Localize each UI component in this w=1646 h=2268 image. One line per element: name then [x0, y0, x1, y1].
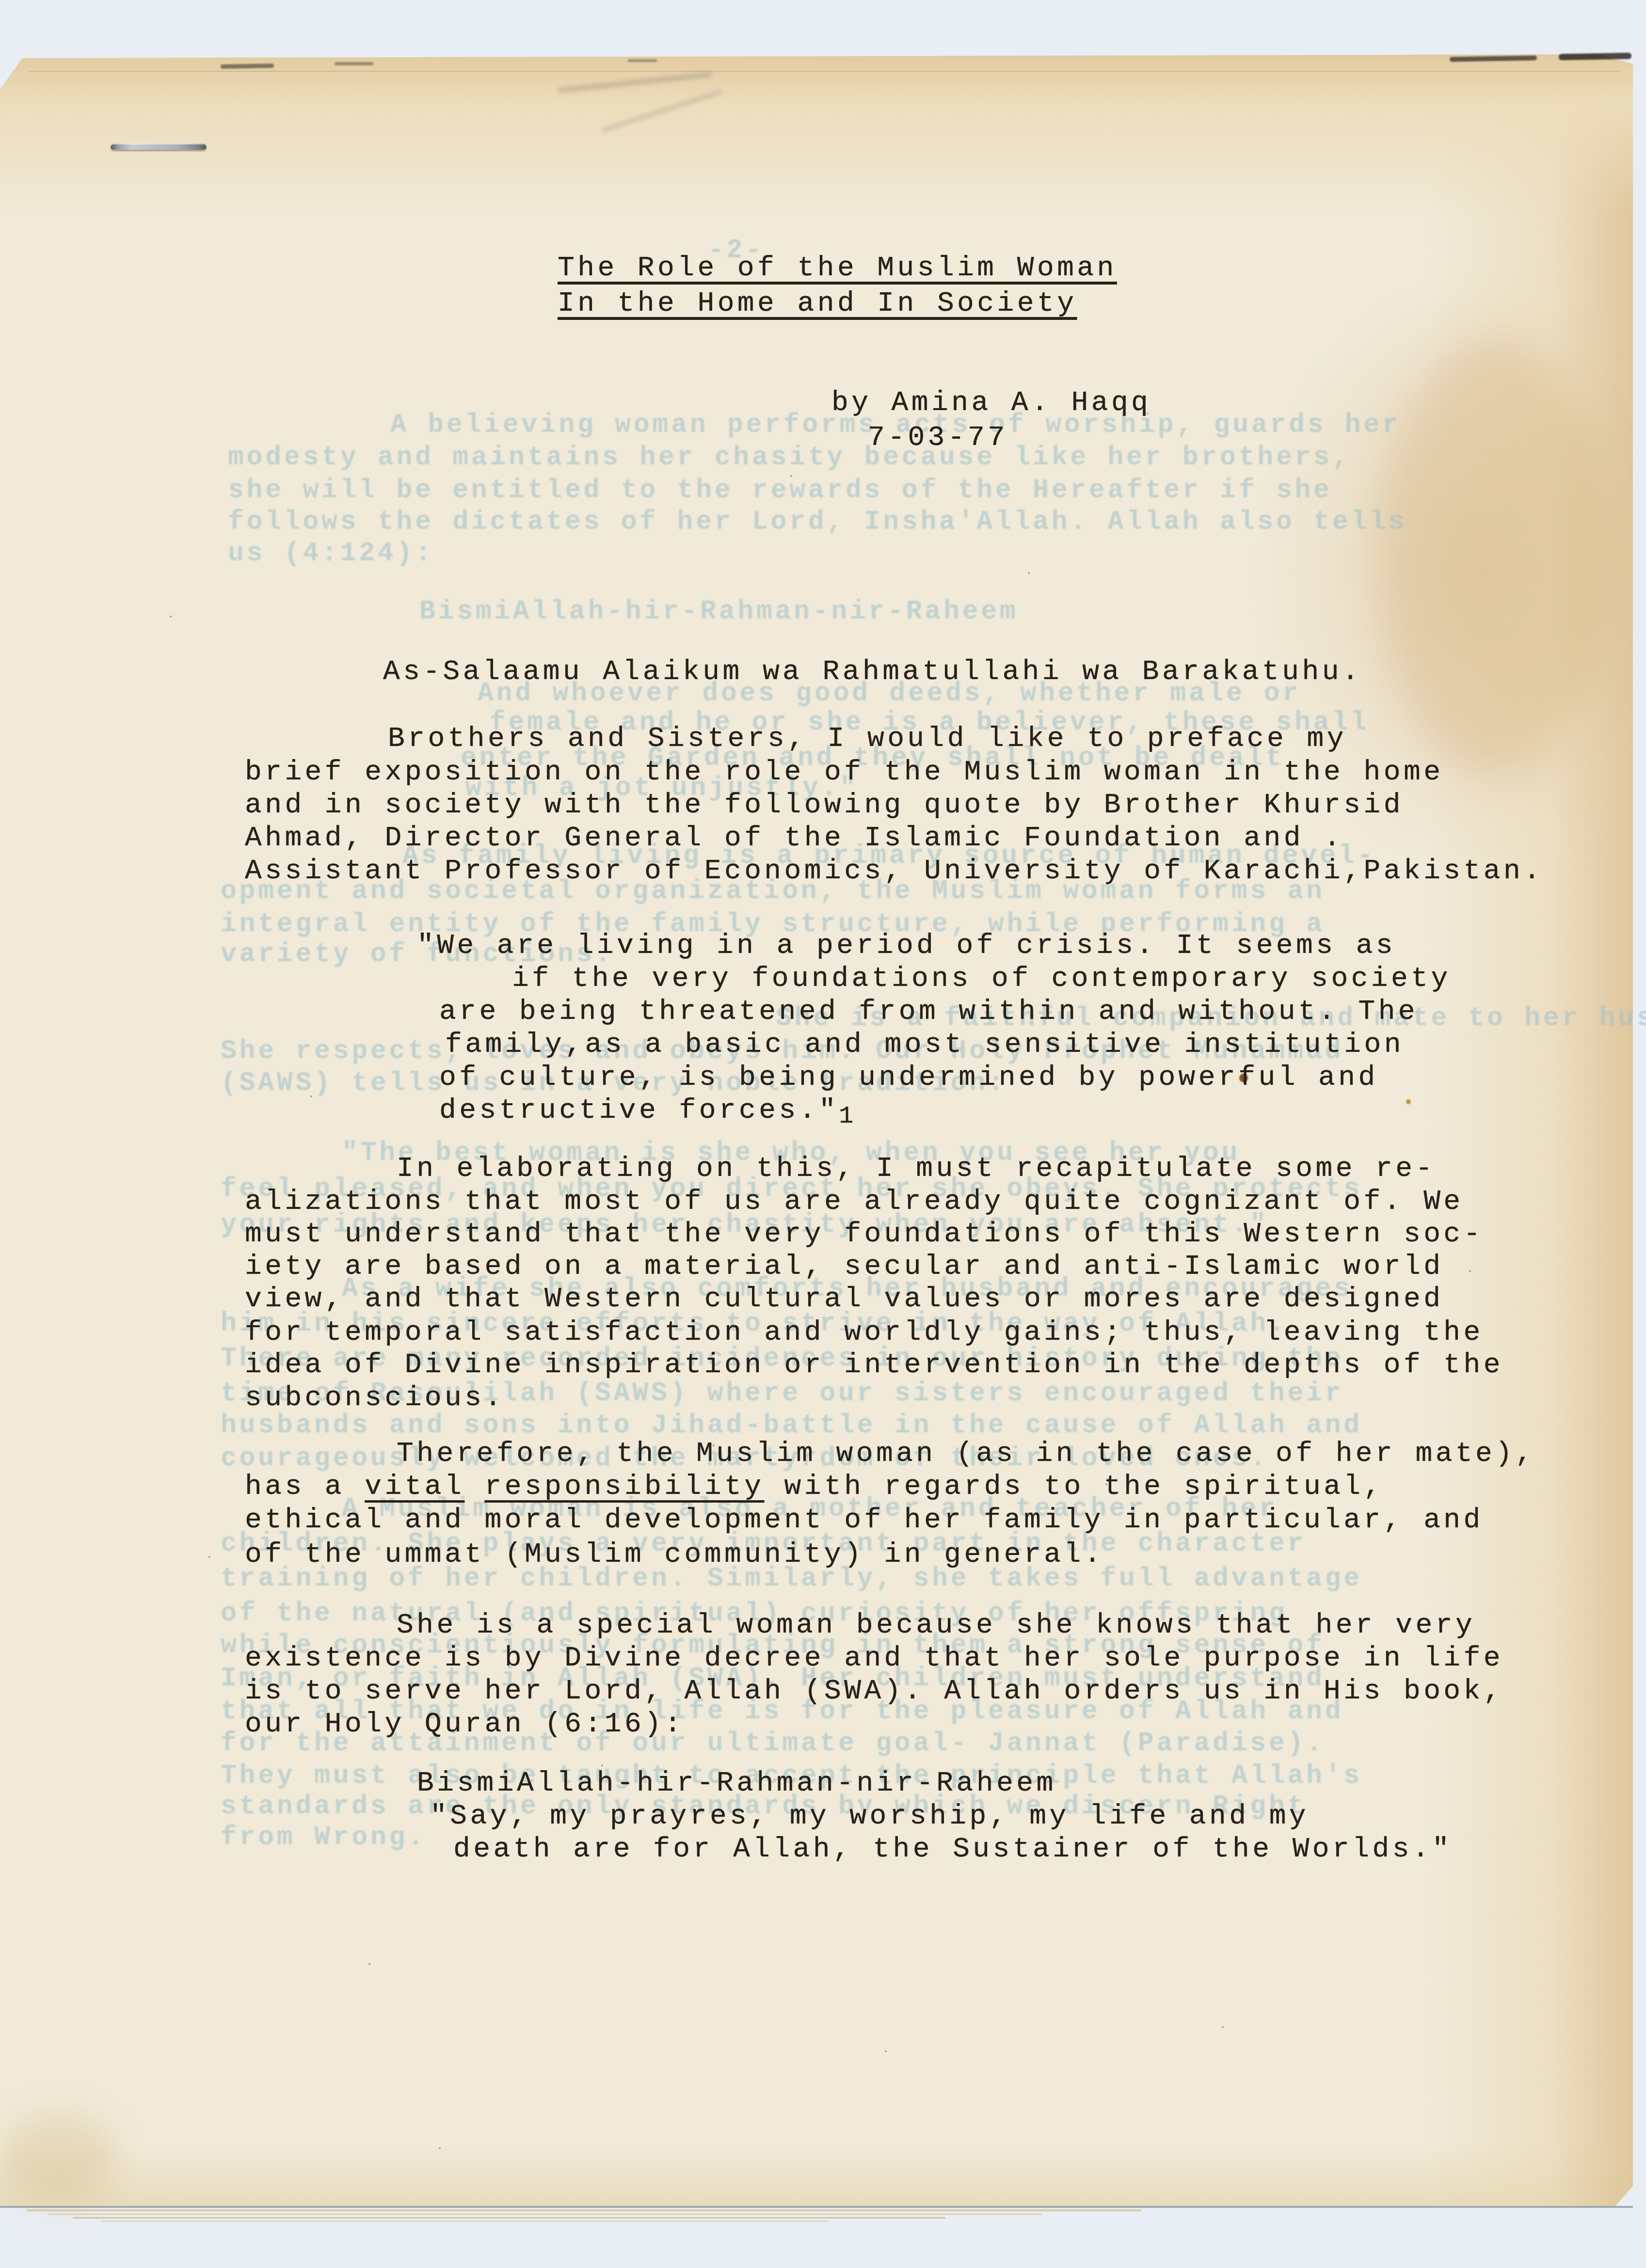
text-run: family,as a basic and most sensitive ins…	[445, 1029, 1404, 1061]
paper-stain	[1377, 339, 1610, 776]
text-run: view, and that Western cultural values o…	[245, 1284, 1443, 1315]
text-run: "We are living in a period of crisis. It…	[417, 930, 1396, 962]
smudge-mark	[335, 62, 373, 65]
paper-speck	[368, 1963, 370, 1965]
text-run: has a	[245, 1471, 365, 1503]
text-run	[464, 1471, 484, 1503]
typed-line: has a vital responsibility with regards …	[245, 1473, 1384, 1501]
text-run: Brothers and Sisters, I would like to pr…	[388, 723, 1347, 755]
date-line: 7-03-77	[868, 424, 1007, 452]
typed-line: if the very foundations of contemporary …	[512, 965, 1451, 993]
paper-speck	[601, 1764, 603, 1766]
typed-line: Assistant Professor of Economics, Univer…	[245, 857, 1543, 886]
paper-speck	[310, 1095, 312, 1097]
bleedthrough-line: husbands and sons into Jihad-battle in t…	[221, 1412, 1362, 1439]
typed-line: our Holy Quran (6:16):	[245, 1711, 685, 1739]
byline: by Amina A. Haqq	[831, 389, 1151, 417]
paper-speck	[1222, 2026, 1224, 2028]
typed-line: Therefore, the Muslim woman (as in the c…	[397, 1440, 1535, 1468]
typed-line: family,as a basic and most sensitive ins…	[445, 1031, 1404, 1059]
typed-line: Ahmad, Director General of the Islamic F…	[245, 825, 1343, 853]
paper-stain	[0, 2113, 116, 2201]
bleedthrough-line: BismiAllah-hir-Rahman-nir-Raheem	[419, 598, 1018, 625]
title-line-2: In the Home and In Society	[558, 290, 1077, 318]
typed-line: She is a special woman because she knows…	[397, 1612, 1475, 1640]
paper-speck	[170, 616, 172, 618]
bleedthrough-line: she will be entitled to the rewards of t…	[228, 477, 1332, 504]
text-run: idea of Divine inspiration or interventi…	[245, 1349, 1503, 1381]
typed-line: idea of Divine inspiration or interventi…	[245, 1351, 1503, 1380]
staple-icon	[111, 143, 207, 150]
paper-speck	[1435, 1697, 1437, 1698]
text-run: of culture, is being undermined by power…	[439, 1062, 1378, 1094]
text-run: for temporal satisfaction and worldly ga…	[245, 1317, 1484, 1348]
paper-stain	[1406, 1099, 1411, 1104]
text-run: BismiAllah-hir-Rahman-nir-Raheem	[417, 1768, 1056, 1799]
text-run: by Amina A. Haqq	[831, 387, 1151, 419]
text-run: Ahmad, Director General of the Islamic F…	[245, 823, 1343, 854]
text-run: She is a special woman because she knows…	[397, 1610, 1475, 1641]
text-run: our Holy Quran (6:16):	[245, 1709, 685, 1740]
underlined-text: vital	[365, 1471, 464, 1503]
paper-speck	[885, 2050, 887, 2052]
paper-bottom-edge	[0, 2206, 1633, 2208]
text-run: death are for Allah, the Sustainer of th…	[453, 1834, 1452, 1865]
typed-line: of the ummat (Muslim community) in gener…	[245, 1541, 1104, 1569]
text-run: brief exposition on the role of the Musl…	[245, 757, 1443, 788]
text-run: of the ummat (Muslim community) in gener…	[245, 1539, 1104, 1570]
text-run: if the very foundations of contemporary …	[512, 963, 1451, 995]
text-run: 1	[839, 1103, 856, 1130]
sheet-edge-line	[73, 2217, 945, 2219]
typed-line: and in society with the following quote …	[245, 792, 1404, 820]
smudge-mark	[221, 63, 274, 69]
typed-line: are being threatened from within and wit…	[439, 998, 1418, 1026]
typed-line: brief exposition on the role of the Musl…	[245, 759, 1443, 787]
text-run: ethical and moral development of her fam…	[245, 1505, 1484, 1536]
typed-line: "Say, my prayres, my worship, my life an…	[430, 1803, 1309, 1831]
scanned-page-canvas: -2-A believing woman performs acts of wo…	[0, 0, 1646, 2268]
text-run: iety are based on a material, secular an…	[245, 1251, 1443, 1283]
typed-line: destructive forces."1	[439, 1097, 857, 1125]
text-run: are being threatened from within and wit…	[439, 996, 1418, 1028]
typed-line: Brothers and Sisters, I would like to pr…	[388, 725, 1347, 753]
paper-speck	[1469, 1270, 1471, 1272]
text-run: As-Salaamu Alaikum wa Rahmatullahi wa Ba…	[383, 656, 1362, 688]
bleedthrough-line: follows the dictates of her Lord, Insha'…	[228, 508, 1407, 535]
text-run: existence is by Divine decree and that h…	[245, 1643, 1503, 1674]
typed-line: iety are based on a material, secular an…	[245, 1253, 1443, 1281]
paper-speck	[713, 1444, 715, 1446]
text-run: "Say, my prayres, my worship, my life an…	[430, 1801, 1309, 1832]
paper-speck	[790, 475, 792, 477]
typed-line: In elaborating on this, I must recapitul…	[397, 1155, 1436, 1183]
paper-sheet	[0, 54, 1633, 2207]
bleedthrough-line: from Wrong.	[221, 1824, 427, 1851]
paper-speck	[1028, 572, 1030, 574]
text-run: In elaborating on this, I must recapitul…	[397, 1153, 1436, 1185]
typed-line: is to serve her Lord, Allah (SWA). Allah…	[245, 1678, 1503, 1706]
sheet-edge-line	[102, 2220, 829, 2222]
typed-line: alizations that most of us are already q…	[245, 1188, 1464, 1216]
text-run: must understand that the very foundation…	[245, 1219, 1484, 1250]
text-run: destructive forces."	[439, 1095, 839, 1126]
text-run: alizations that most of us are already q…	[245, 1186, 1464, 1218]
text-run: Assistant Professor of Economics, Univer…	[245, 856, 1543, 887]
typed-line: view, and that Western cultural values o…	[245, 1285, 1443, 1314]
paper-speck	[1105, 1483, 1107, 1485]
text-run: with regards to the spiritual,	[764, 1471, 1383, 1503]
bleedthrough-line: modesty and maintains her chasity becaus…	[228, 444, 1351, 471]
paper-speck	[439, 2147, 441, 2149]
salutation: As-Salaamu Alaikum wa Rahmatullahi wa Ba…	[383, 658, 1362, 686]
typed-line: death are for Allah, the Sustainer of th…	[453, 1836, 1452, 1864]
typed-line: BismiAllah-hir-Rahman-nir-Raheem	[417, 1770, 1056, 1798]
smudge-mark	[628, 59, 657, 62]
underlined-text: In the Home and In Society	[558, 288, 1077, 319]
paper-speck	[208, 1556, 210, 1558]
typed-line: "We are living in a period of crisis. It…	[417, 932, 1396, 960]
underlined-text: The Role of the Muslim Woman	[558, 253, 1117, 284]
text-run: and in society with the following quote …	[245, 790, 1404, 821]
sheet-edge-line	[48, 2213, 1042, 2215]
typed-line: subconscious.	[245, 1384, 505, 1412]
typed-line: existence is by Divine decree and that h…	[245, 1645, 1503, 1673]
bleedthrough-line: us (4:124):	[228, 540, 434, 567]
text-run: is to serve her Lord, Allah (SWA). Allah…	[245, 1676, 1503, 1707]
text-run: subconscious.	[245, 1382, 505, 1414]
typed-line: must understand that the very foundation…	[245, 1221, 1484, 1249]
typed-line: of culture, is being undermined by power…	[439, 1064, 1378, 1092]
smudge-mark	[1559, 53, 1631, 61]
paper-top-crease	[29, 71, 1619, 72]
underlined-text: responsibility	[484, 1471, 764, 1503]
text-run: Therefore, the Muslim woman (as in the c…	[397, 1438, 1535, 1470]
sheet-edge-line	[27, 2209, 1142, 2211]
text-run: 7-03-77	[868, 422, 1007, 454]
title-line-1: The Role of the Muslim Woman	[558, 254, 1117, 283]
typed-line: ethical and moral development of her fam…	[245, 1507, 1484, 1535]
typed-line: for temporal satisfaction and worldly ga…	[245, 1319, 1484, 1347]
